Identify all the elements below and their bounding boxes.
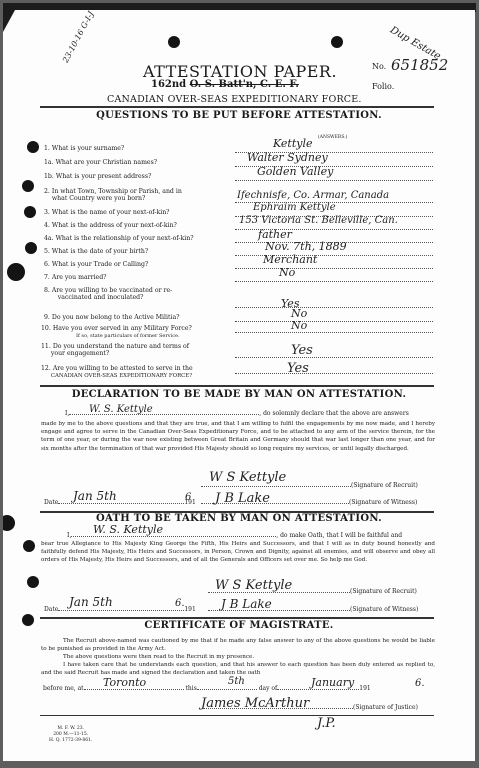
punch-hole [25,242,37,254]
answer-married: No [279,266,295,279]
questions-heading: QUESTIONS TO BE PUT BEFORE ATTESTATION. [3,110,475,121]
answer-line [235,281,433,282]
punch-hole [27,141,39,153]
answer-trade: Merchant [263,253,317,266]
declaration-date-line: Date191 [44,499,196,506]
question-4: 4. What is the address of your next-of-k… [44,222,177,229]
oath-name: W. S. Kettyle [93,523,163,536]
answer-address: Golden Valley [257,165,333,178]
question-11: 11. Do you understand the nature and ter… [41,343,189,357]
folded-corner [3,10,15,32]
declaration-body: made by me to the above questions and th… [41,420,435,453]
answer-line [235,357,433,358]
divider [40,385,434,387]
punch-hole [27,576,39,588]
magistrate-para1: The Recruit above-named was cautioned by… [41,637,435,653]
answer-next-of-kin: Ephraim Kettyle [253,202,336,213]
answer-line [235,332,433,333]
punch-hole [168,36,180,48]
regimental-number: 651852 [391,56,448,74]
oath-date-line: Date191 [44,606,196,613]
magistrate-para2: The above questions were then read to th… [41,653,435,661]
declaration-heading: DECLARATION TO BE MADE BY MAN ON ATTESTA… [3,389,475,400]
unit-line: 162nd O. S. Batt'n, C. E. F. [151,79,299,90]
question-7: 7. Are you married? [44,274,107,281]
question-2: 2. In what Town, Township or Parish, and… [44,188,182,202]
answer-line [235,307,433,308]
no-label: No. [372,62,386,71]
oath-year-suffix: 6. [175,598,185,609]
question-3: 3. What is the name of your next-of-kin? [44,209,170,216]
question-9: 9. Do you now belong to the Active Milit… [44,314,179,321]
unit-prefix: 162nd [151,79,186,90]
divider [40,106,434,108]
answer-line [235,268,433,269]
oath-heading: OATH TO BE TAKEN BY MAN ON ATTESTATION. [3,513,475,524]
declaration-recruit-line: (Signature of Recruit) [201,482,418,489]
punch-hole [22,180,34,192]
answer-birthplace: Ifechnisfe, Co. Armar, Canada [237,190,389,201]
declaration-witness-line: (Signature of Witness) [201,499,417,506]
oath-witness-line: (Signature of Witness) [208,606,418,613]
form-footer: M. F. W. 23. 200 M.—11-15. H. Q. 1772-39… [49,726,92,744]
declaration-year-suffix: 6 [185,492,191,503]
magistrate-year-suffix: 6. [415,678,425,689]
question-1b: 1b. What is your present address? [44,173,151,180]
answers-label: (ANSWERS.) [318,135,347,140]
oath-date: Jan 5th [69,595,113,609]
answer-christian-names: Walter Sydney [247,151,328,164]
question-1: 1. What is your surname? [44,145,124,152]
punch-hole [331,36,343,48]
divider [40,715,434,716]
attestation-paper: 23-10-16 G-I-J ATTESTATION PAPER. 162nd … [3,10,475,761]
magistrate-place: Toronto [103,676,146,689]
answer-line [235,373,433,374]
magistrate-para3: I have taken care that he understands ea… [41,661,435,677]
question-6: 6. What is your Trade or Calling? [44,261,148,268]
magistrate-day: 5th [228,676,245,687]
punch-hole [24,206,36,218]
question-12: 12. Are you willing to be attested to se… [41,365,193,379]
answer-kin-address: 153 Victoria St. Belleville, Can. [239,215,398,226]
answer-surname: Kettyle [273,137,313,150]
punch-hole [7,263,25,281]
answer-birth-date: Nov. 7th, 1889 [265,240,347,253]
jp-mark: J.P. [317,716,336,731]
answer-military-service: No [291,319,307,332]
folio-label: Folio. [372,82,394,91]
declaration-name: W. S. Kettyle [89,404,153,415]
magistrate-month: January [311,676,354,689]
question-1a: 1a. What are your Christian names? [44,159,157,166]
question-4a: 4a. What is the relationship of your nex… [44,235,194,242]
document-subtitle: CANADIAN OVER-SEAS EXPEDITIONARY FORCE. [107,94,362,105]
punch-hole [23,540,35,552]
question-10: 10. Have you ever served in any Military… [41,325,192,339]
unit-struck: O. S. Batt'n, C. E. F. [190,79,299,90]
question-5: 5. What is the date of your birth? [44,248,148,255]
answer-line [235,180,433,181]
answer-line [235,321,433,322]
answer-understand: Yes [291,343,313,358]
justice-signature-line: (Signature of Justice) [203,704,418,711]
oath-recruit-line: (Signature of Recruit) [208,588,417,595]
corner-annotation: 23-10-16 G-I-J [61,10,96,64]
question-8: 8. Are you willing to be vaccinated or r… [44,287,172,301]
answer-willing-to-serve: Yes [287,361,309,376]
oath-body: bear true Allegiance to His Majesty King… [41,540,435,565]
divider [40,617,434,619]
magistrate-heading: CERTIFICATE OF MAGISTRATE. [3,620,475,631]
declaration-date: Jan 5th [73,489,117,503]
